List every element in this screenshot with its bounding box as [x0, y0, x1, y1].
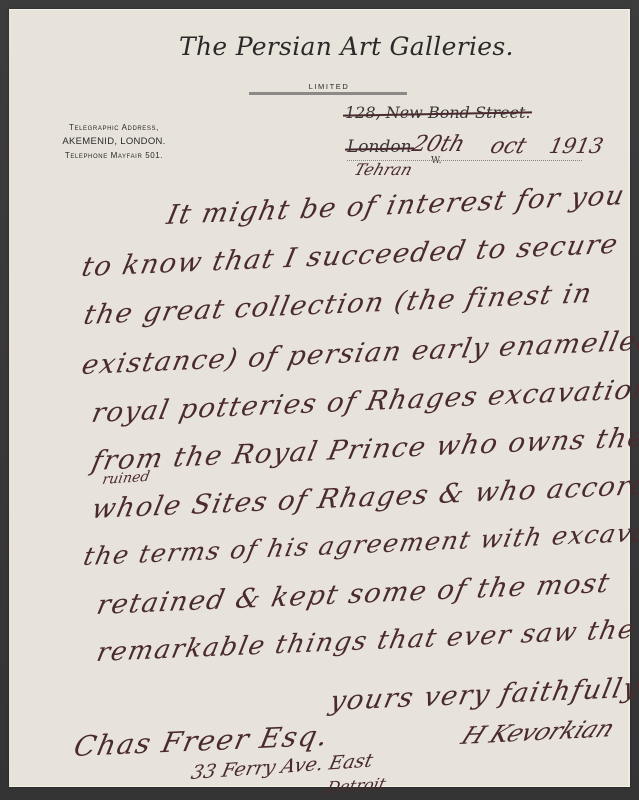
letter-page: The Persian Art Galleries. LIMITED Teleg… [9, 9, 630, 787]
postal-district: W. [431, 156, 442, 166]
body-line-4: existance) of persian early enamelled [79, 325, 639, 381]
date-year: 1913 [547, 134, 606, 158]
printed-city-text: London [347, 137, 412, 157]
body-line-9: retained & kept some of the most [94, 568, 613, 621]
signature: H Kevorkian [457, 714, 619, 750]
printed-city: London [347, 137, 412, 157]
letterhead-limited: LIMITED [259, 82, 399, 91]
printed-street: 128, New Bond Street. [345, 103, 530, 122]
telegraphic-block: Telegraphic Address, AKEMENID, LONDON. T… [39, 121, 189, 163]
body-insertion: ruined [101, 469, 151, 488]
body-line-6: from the Royal Prince who owns the [89, 422, 639, 477]
body-line-2: to know that I succeeded to secure [79, 229, 622, 283]
letterhead-rule [249, 92, 407, 95]
body-line-7: whole Sites of Rhages & who according [89, 468, 639, 525]
body-line-1: It might be of interest for you [164, 180, 628, 231]
valediction: yours very faithfully [327, 673, 639, 717]
telephone-number: Telephone Mayfair 501. [39, 149, 189, 163]
handwritten-city: Tehran [352, 160, 415, 179]
date-month: oct [487, 134, 530, 159]
date-day: 20th [409, 132, 468, 157]
letterhead-company-name: The Persian Art Galleries. [179, 32, 489, 61]
telegraphic-label: Telegraphic Address, [39, 121, 189, 135]
body-line-10: remarkable things that ever saw the ligh… [94, 611, 639, 668]
body-line-3: the great collection (the finest in [81, 278, 595, 331]
telegraphic-address: AKEMENID, LONDON. [39, 135, 189, 149]
body-line-8: the terms of his agreement with excavato… [81, 515, 639, 571]
body-line-5: royal potteries of Rhages excavations [89, 373, 639, 429]
printed-street-text: 128, New Bond Street. [345, 103, 530, 122]
